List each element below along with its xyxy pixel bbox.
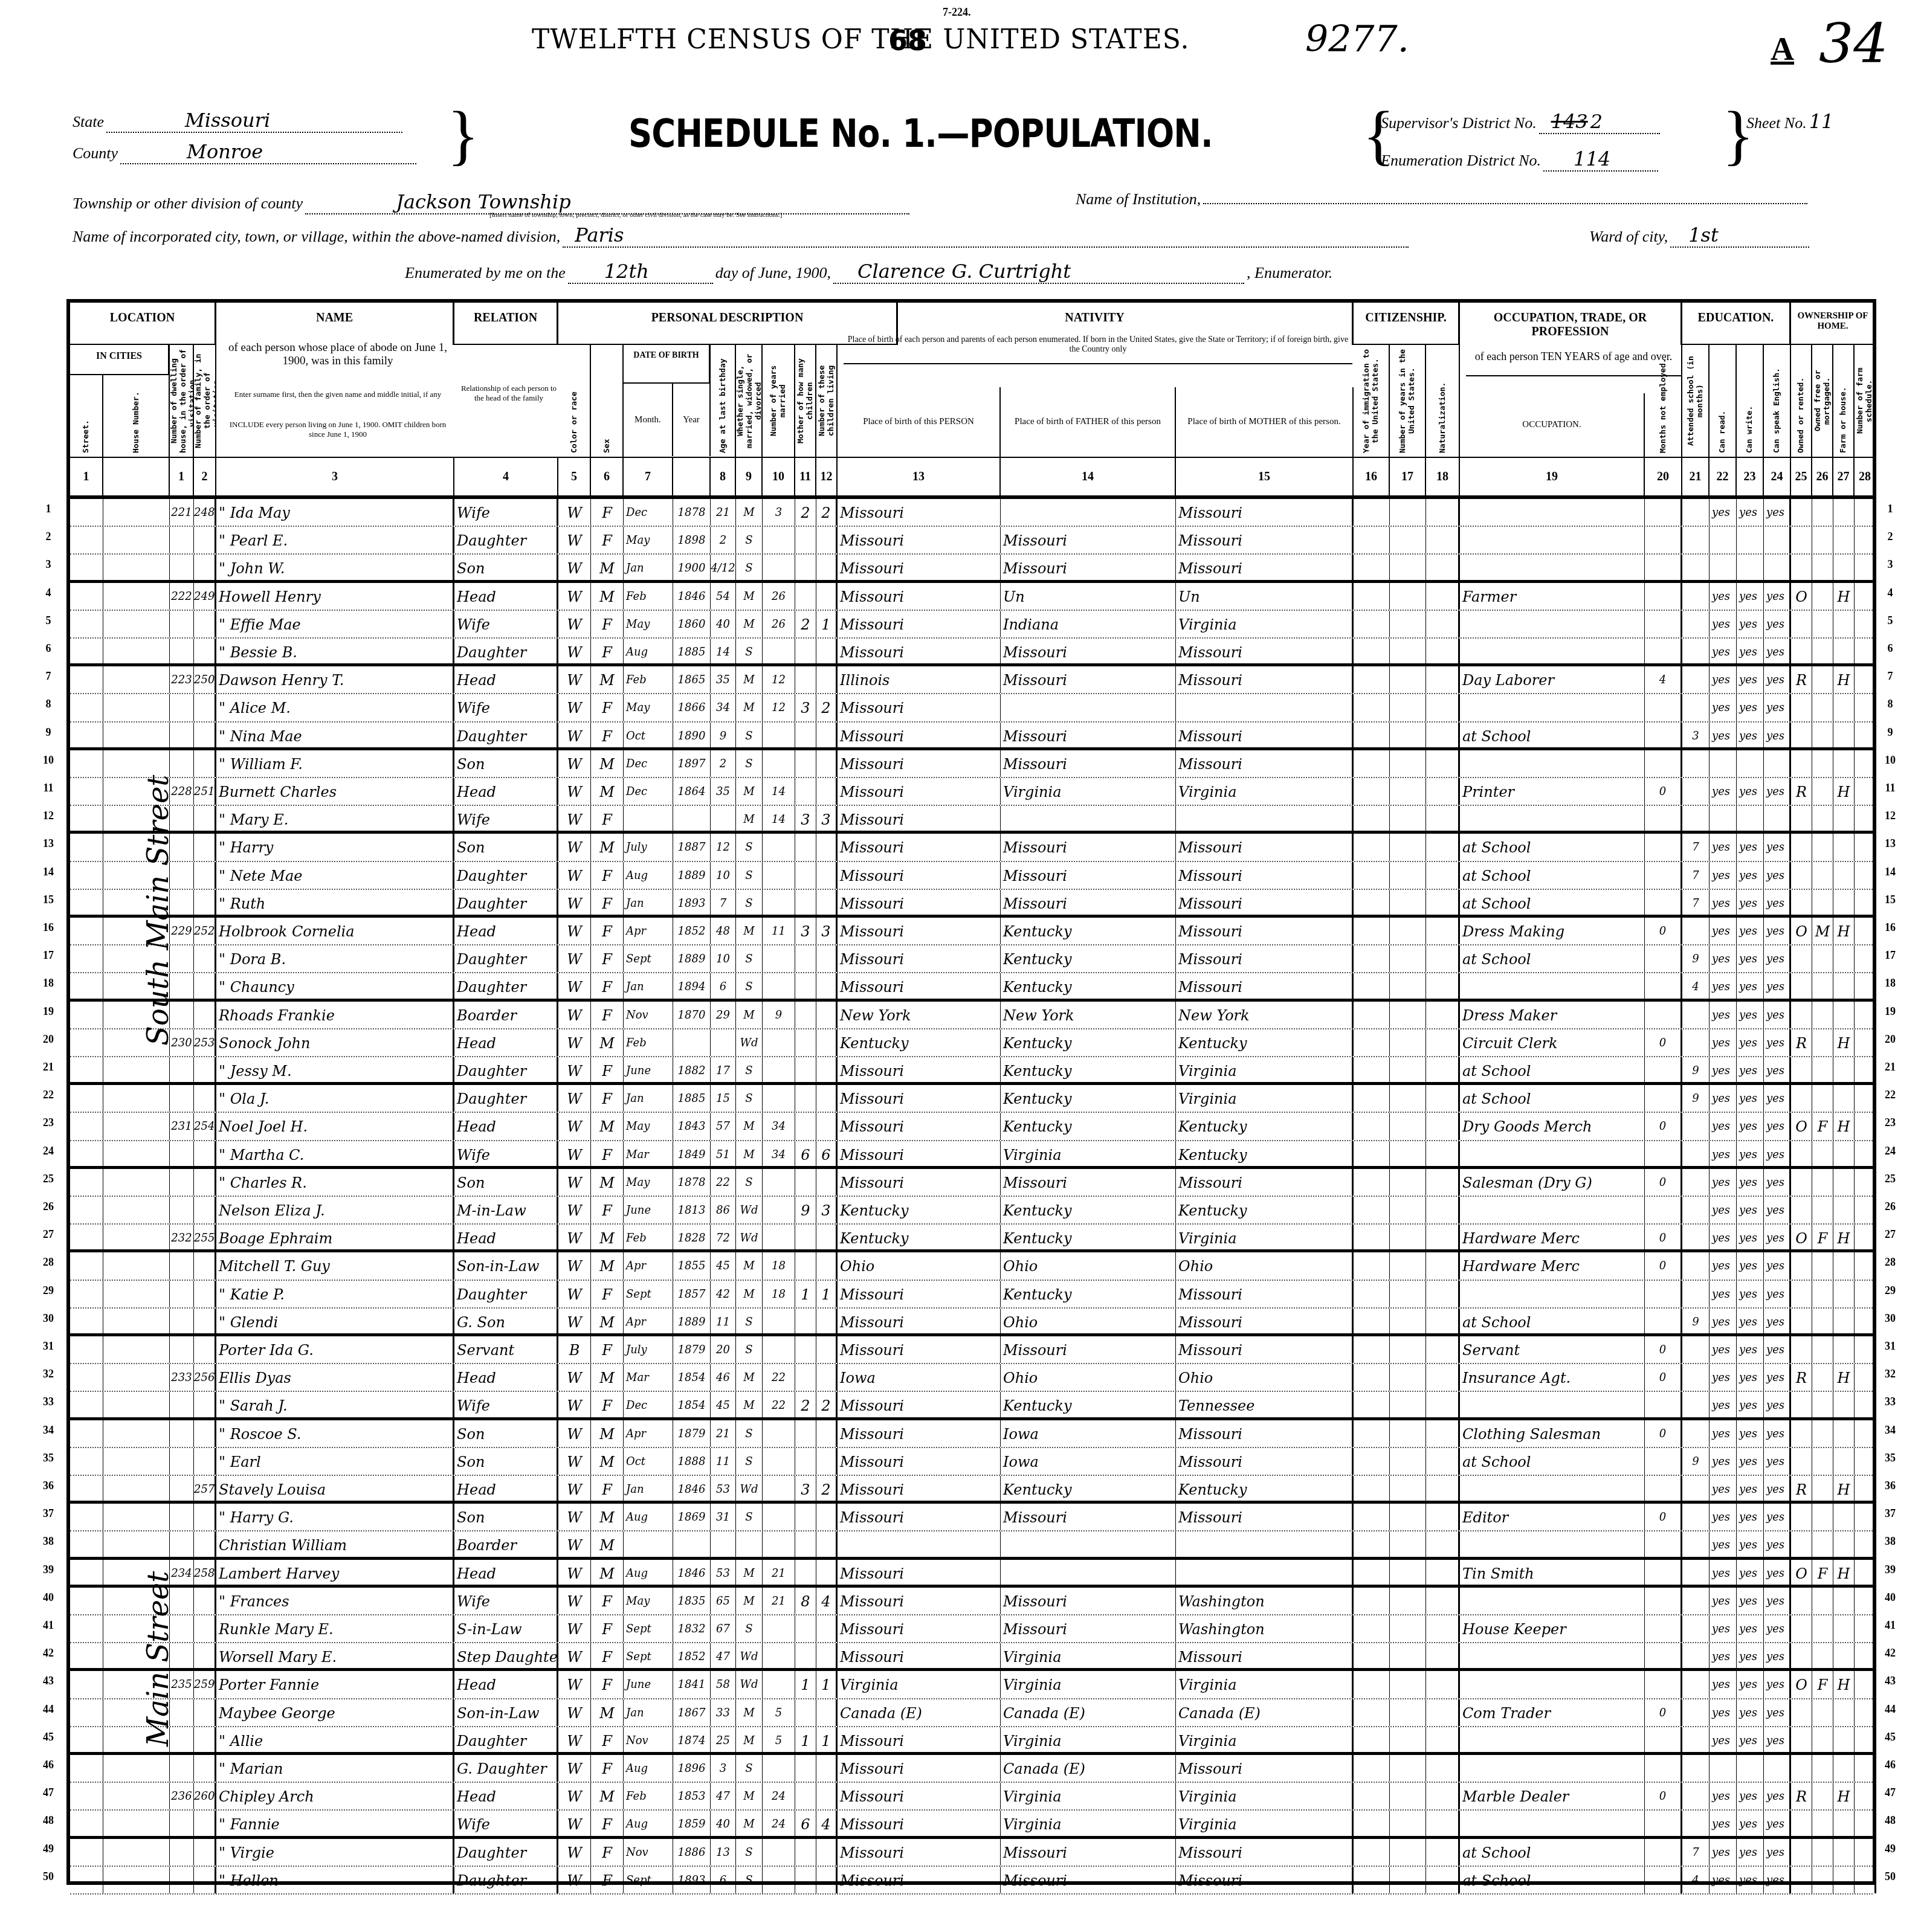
cell-read: yes [1710,862,1737,889]
cell-occ: at School [1460,890,1645,915]
line-number-left: 25 [36,1173,60,1185]
cell-ms: S [736,1867,763,1893]
cell-empty [1354,1727,1390,1752]
cell-rel: Son [454,834,558,860]
cell-color: W [558,1476,591,1501]
cell-name: Stavely Louisa [216,1476,454,1501]
cell-own [1791,1252,1812,1279]
cell-color: W [558,1197,591,1223]
cell-empty [1390,1448,1426,1475]
cell-sex: M [591,1560,624,1585]
cell-year: 1859 [673,1811,711,1835]
cell-year: 1889 [673,1309,711,1333]
col-number: 15 [1176,458,1354,495]
cell-cl [816,639,838,663]
cell-empty [1855,1085,1876,1112]
cell-ch [795,1029,816,1056]
line-number-left: 49 [36,1843,60,1855]
line-number-left: 39 [36,1563,60,1576]
cell-mne [1645,750,1682,777]
cell-farm [1833,1839,1855,1866]
cell-free [1812,1643,1833,1668]
cell-farm: H [1833,1364,1855,1391]
cell-pob: Missouri [838,1085,1001,1112]
cell-farm [1833,1811,1855,1835]
cell-sch: 9 [1682,1085,1710,1112]
col-header-label: Can read. [1718,345,1727,457]
cell-free [1812,1448,1833,1475]
cell-own [1791,1867,1812,1893]
cell-empty [103,666,170,693]
cell-empty [1855,918,1876,944]
cell-ms: M [736,1141,763,1166]
cell-occ [1460,1392,1645,1417]
cell-farm [1833,1867,1855,1893]
cell-mne [1645,1588,1682,1614]
cell-dw [170,1504,194,1530]
cell-age: 67 [711,1615,736,1642]
cell-color: W [558,1560,591,1585]
cell-sch [1682,1615,1710,1642]
col-header-1: Number of dwelling house, in the order o… [170,345,194,457]
cell-empty [1390,1225,1426,1249]
line-number-left: 42 [36,1647,60,1660]
cell-empty [1426,1811,1460,1835]
cell-fpob: Missouri [1001,723,1176,747]
cell-color: W [558,1252,591,1279]
cell-occ [1460,1281,1645,1307]
cell-sex: F [591,499,624,526]
cell-occ [1460,1476,1645,1501]
cell-month: Aug [624,1811,673,1835]
cell-empty [1855,806,1876,831]
street-note-south-main: South Main Street [141,774,175,1046]
cell-empty [103,583,170,610]
cell-ch: 1 [795,1727,816,1752]
cell-month: June [624,1671,673,1698]
cell-year: 1885 [673,1085,711,1112]
group-citizenship: CITIZENSHIP. [1354,303,1460,345]
cell-own [1791,862,1812,889]
cell-month: Feb [624,666,673,693]
cell-ym [763,527,795,553]
cell-eng: yes [1764,1783,1791,1809]
cell-write [1737,806,1764,831]
cell-ym [763,890,795,915]
table-row: " John W.SonWMJan19004/12SMissouriMissou… [70,555,1873,582]
cell-ch [795,1783,816,1809]
cell-rel: Step Daughter [454,1643,558,1668]
cell-write: yes [1737,1309,1764,1333]
cell-cl [816,1002,838,1028]
cell-write: yes [1737,1448,1764,1475]
ward-value: 1st [1688,224,1719,246]
cell-empty [1426,499,1460,526]
cell-eng: yes [1764,1699,1791,1726]
table-row: " HarrySonWMJuly188712SMissouriMissouriM… [70,834,1873,861]
line-number-right: 36 [1878,1480,1902,1492]
cell-empty [70,1029,103,1056]
cell-farm [1833,945,1855,972]
cell-rel: Head [454,583,558,610]
cell-ch: 2 [795,611,816,637]
cell-empty [1390,862,1426,889]
cell-empty [1354,890,1390,915]
cell-empty [1354,862,1390,889]
cell-empty [1354,1281,1390,1307]
cell-empty [70,555,103,579]
cell-ms: Wd [736,1197,763,1223]
cell-empty [1390,1169,1426,1196]
cell-ch [795,723,816,747]
cell-fpob: Virginia [1001,1643,1176,1668]
cell-own [1791,945,1812,972]
cell-name: Chipley Arch [216,1783,454,1809]
cell-empty [1426,1671,1460,1698]
cell-eng: yes [1764,1727,1791,1752]
cell-read: yes [1710,1029,1737,1056]
cell-mne [1645,834,1682,860]
cell-mpob: Missouri [1176,945,1354,972]
cell-mne [1645,1839,1682,1866]
cell-empty [1855,611,1876,637]
cell-read: yes [1710,1420,1737,1447]
cell-rel: Wife [454,499,558,526]
cell-fpob: Missouri [1001,1615,1176,1642]
cell-read: yes [1710,1141,1737,1166]
cell-color: W [558,1755,591,1782]
cell-occ: at School [1460,1085,1645,1112]
cell-empty [70,834,103,860]
cell-empty [1390,611,1426,637]
cell-month: Feb [624,1225,673,1249]
cell-free [1812,834,1833,860]
cell-empty [70,1476,103,1501]
cell-ym [763,1839,795,1866]
cell-ym [763,1169,795,1196]
cell-farm [1833,611,1855,637]
cell-own [1791,611,1812,637]
cell-empty [1390,1281,1426,1307]
cell-farm [1833,527,1855,553]
cell-pob: Missouri [838,1560,1001,1585]
name-desc: of each person whose place of abode on J… [222,339,453,370]
cell-cl [816,890,838,915]
cell-empty [1855,723,1876,747]
line-number-left: 22 [36,1089,60,1101]
cell-age: 33 [711,1699,736,1726]
line-number-left: 50 [36,1870,60,1883]
cell-read: yes [1710,1588,1737,1614]
cell-empty [70,1699,103,1726]
cell-own [1791,1755,1812,1782]
cell-empty [103,1531,170,1556]
cell-age: 6 [711,973,736,998]
cell-fpob: Kentucky [1001,1085,1176,1112]
cell-occ: at School [1460,1448,1645,1475]
cell-empty [1354,499,1390,526]
cell-ms: S [736,1504,763,1530]
cell-rel: Wife [454,806,558,831]
cell-ym: 3 [763,499,795,526]
line-number-left: 11 [36,782,60,794]
stamp-page: 34 [1819,12,1888,76]
cell-empty [1354,1141,1390,1166]
cell-sex: F [591,527,624,553]
cell-month: Sept [624,1643,673,1668]
cell-ms: S [736,639,763,663]
cell-read [1710,750,1737,777]
cell-empty [1855,1839,1876,1866]
cell-age: 21 [711,1420,736,1447]
cell-empty [70,499,103,526]
cell-mne [1645,1281,1682,1307]
col-header-label: Whether single, married, widowed, or div… [736,345,763,457]
line-number-right: 39 [1878,1563,1902,1576]
line-number-right: 41 [1878,1619,1902,1632]
cell-free [1812,1755,1833,1782]
cell-mpob: Missouri [1176,862,1354,889]
cell-read: yes [1710,694,1737,721]
col-number: 4 [454,458,558,495]
enumerated-line: Enumerated by me on the 12th day of June… [405,260,1332,284]
cell-ms: S [736,1057,763,1082]
cell-read: yes [1710,1057,1737,1082]
cell-free: F [1812,1560,1833,1585]
cell-year: 1846 [673,583,711,610]
cell-occ [1460,1727,1645,1752]
cell-name: Porter Fannie [216,1671,454,1698]
col-number: 16 [1354,458,1390,495]
cell-empty [1855,1057,1876,1082]
line-number-left: 32 [36,1368,60,1380]
table-row: 230253Sonock JohnHeadWMFebWdKentuckyKent… [70,1029,1873,1057]
cell-year: 1879 [673,1336,711,1363]
cell-ch [795,1113,816,1139]
cell-mpob: Missouri [1176,1867,1354,1893]
cell-empty [70,1839,103,1866]
cell-ch: 1 [795,1671,816,1698]
cell-occ: at School [1460,1309,1645,1333]
cell-fam: 250 [194,666,216,693]
cell-farm [1833,1504,1855,1530]
cell-sex: M [591,1783,624,1809]
cell-year: 1869 [673,1504,711,1530]
cell-empty [1390,1671,1426,1698]
cell-rel: Head [454,1364,558,1391]
cell-year: 1852 [673,918,711,944]
cell-age: 46 [711,1364,736,1391]
cell-empty [1390,583,1426,610]
cell-color: W [558,1588,591,1614]
cell-empty [1855,1364,1876,1391]
cell-age: 53 [711,1476,736,1501]
cell-age: 10 [711,862,736,889]
cell-free [1812,1615,1833,1642]
cell-age: 48 [711,918,736,944]
cell-year: 1896 [673,1755,711,1782]
cell-color: W [558,1002,591,1028]
line-number-left: 27 [36,1228,60,1241]
cell-pob: Missouri [838,694,1001,721]
cell-farm [1833,499,1855,526]
cell-ms: M [736,1699,763,1726]
cell-free [1812,890,1833,915]
cell-month: Apr [624,1420,673,1447]
cell-ms: S [736,1169,763,1196]
cell-pob: Missouri [838,1504,1001,1530]
cell-age: 17 [711,1057,736,1082]
cell-empty [1390,1531,1426,1556]
cell-sex: F [591,1476,624,1501]
cell-month: Oct [624,723,673,747]
cell-color: W [558,973,591,998]
cell-free [1812,1504,1833,1530]
city-field: Name of incorporated city, town, or vill… [73,224,1409,248]
cell-cl [816,666,838,693]
cell-occ: Dress Making [1460,918,1645,944]
cell-farm: H [1833,1671,1855,1698]
cell-mne [1645,945,1682,972]
cell-farm: H [1833,918,1855,944]
cell-color: W [558,1811,591,1835]
cell-farm [1833,1392,1855,1417]
line-number-right: 10 [1878,754,1902,767]
cell-mpob: Ohio [1176,1364,1354,1391]
cell-empty [1354,973,1390,998]
cell-cl [816,527,838,553]
cell-month [624,806,673,831]
cell-fpob: Missouri [1001,750,1176,777]
cell-year: 1887 [673,834,711,860]
cell-read: yes [1710,639,1737,663]
cell-empty [1855,1392,1876,1417]
col-number: 28 [1855,458,1876,495]
cell-empty [1855,639,1876,663]
cell-mne [1645,1727,1682,1752]
cell-ch [795,1504,816,1530]
cell-sex: M [591,1225,624,1249]
cell-ch [795,1085,816,1112]
cell-occ [1460,1811,1645,1835]
cell-pob: Missouri [838,1811,1001,1835]
cell-fpob: Kentucky [1001,1113,1176,1139]
cell-year: 1828 [673,1225,711,1249]
cell-fpob: Kentucky [1001,1197,1176,1223]
cell-year: 1889 [673,862,711,889]
cell-empty [1354,1420,1390,1447]
cell-read [1710,555,1737,579]
cell-empty [1426,583,1460,610]
cell-eng: yes [1764,1113,1791,1139]
cell-rel: Daughter [454,945,558,972]
col-number: 23 [1737,458,1764,495]
supervisor-value: 2 [1590,110,1603,133]
enumeration-field: Enumeration District No. 114 [1381,147,1658,172]
line-number-right: 18 [1878,977,1902,990]
cell-month: July [624,834,673,860]
cell-ms: M [736,1811,763,1835]
cell-empty [1390,945,1426,972]
cell-dw [170,1392,194,1417]
cell-ym [763,1197,795,1223]
cell-fpob: Virginia [1001,1727,1176,1752]
cell-empty [70,583,103,610]
cell-empty [1390,639,1426,663]
cell-sex: F [591,694,624,721]
cell-empty [103,1225,170,1249]
cell-rel: Son [454,1420,558,1447]
table-row: Worsell Mary E.Step DaughterWFSept185247… [70,1643,1873,1671]
line-number-right: 22 [1878,1089,1902,1101]
cell-year: 1854 [673,1364,711,1391]
cell-eng: yes [1764,862,1791,889]
col-header-21: Attended school (in months) [1682,345,1710,457]
cell-write: yes [1737,862,1764,889]
cell-fpob: Missouri [1001,527,1176,553]
cell-sch [1682,1588,1710,1614]
cell-pob: Missouri [838,611,1001,637]
cell-empty [70,1615,103,1642]
line-number-left: 13 [36,837,60,850]
cell-ch [795,1252,816,1279]
cell-rel: Wife [454,1811,558,1835]
cell-cl [816,1699,838,1726]
cell-farm [1833,890,1855,915]
cell-read: yes [1710,834,1737,860]
cell-ym [763,1448,795,1475]
cell-ym: 14 [763,778,795,805]
cell-pob: Missouri [838,1336,1001,1363]
cell-write: yes [1737,1588,1764,1614]
cell-rel: Head [454,1560,558,1585]
cell-cl [816,1252,838,1279]
line-number-left: 24 [36,1145,60,1158]
cell-cl [816,1225,838,1249]
cell-sex: F [591,1057,624,1082]
cell-fpob [1001,1531,1176,1556]
cell-year: 1849 [673,1141,711,1166]
cell-ms: Wd [736,1029,763,1056]
cell-ym: 21 [763,1560,795,1585]
cell-mne [1645,1476,1682,1501]
cell-name: " Martha C. [216,1141,454,1166]
line-number-left: 20 [36,1033,60,1046]
cell-empty [70,778,103,805]
cell-empty [70,1448,103,1475]
cell-empty [1426,1141,1460,1166]
schedule-title: SCHEDULE No. 1.—POPULATION. [628,112,1213,156]
cell-empty [1390,527,1426,553]
cell-sch [1682,527,1710,553]
cell-read: yes [1710,1560,1737,1585]
cell-dw [170,1141,194,1166]
cell-sch: 4 [1682,1867,1710,1893]
cell-fpob: Missouri [1001,1588,1176,1614]
cell-color: W [558,611,591,637]
cell-sch [1682,1197,1710,1223]
col-header-22: Can read. [1710,345,1737,457]
cell-write: yes [1737,1615,1764,1642]
cell-empty [70,1783,103,1809]
cell-color: W [558,555,591,579]
cell-own [1791,806,1812,831]
cell-month: May [624,611,673,637]
census-title: TWELFTH CENSUS OF THE UNITED STATES. [532,24,1189,55]
cell-occ: at School [1460,945,1645,972]
cell-empty [1426,1531,1460,1556]
cell-empty [1390,1783,1426,1809]
